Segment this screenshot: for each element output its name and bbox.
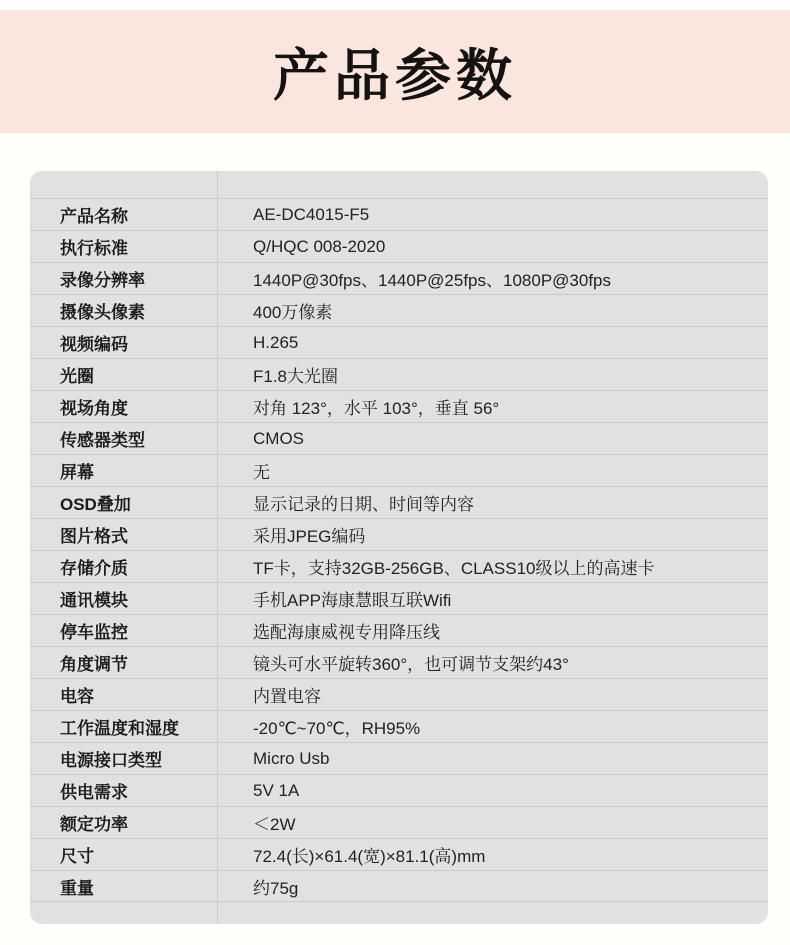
- spec-label: 存储介质: [30, 554, 217, 579]
- spec-value: 1440P@30fps、1440P@25fps、1080P@30fps: [217, 266, 768, 291]
- table-row: 传感器类型CMOS: [30, 422, 768, 454]
- spec-label: 电容: [30, 682, 217, 707]
- page: 产品参数 产品名称AE-DC4015-F5执行标准Q/HQC 008-2020录…: [0, 0, 790, 924]
- table-row: 录像分辨率1440P@30fps、1440P@25fps、1080P@30fps: [30, 262, 768, 294]
- table-row: 执行标准Q/HQC 008-2020: [30, 230, 768, 262]
- table-row: 通讯模块手机APP海康慧眼互联Wifi: [30, 582, 768, 614]
- spec-value: 400万像素: [217, 298, 768, 323]
- table-row: 摄像头像素400万像素: [30, 294, 768, 326]
- spec-value: 72.4(长)×61.4(宽)×81.1(高)mm: [217, 842, 768, 867]
- spec-label: 重量: [30, 874, 217, 899]
- spec-value: 手机APP海康慧眼互联Wifi: [217, 586, 768, 611]
- top-margin: [0, 0, 790, 10]
- spec-value: 对角 123°，水平 103°，垂直 56°: [217, 394, 768, 419]
- table-row: 电容内置电容: [30, 678, 768, 710]
- table-row: 视场角度对角 123°，水平 103°，垂直 56°: [30, 390, 768, 422]
- spec-value: CMOS: [217, 429, 768, 449]
- table-row: 重量约75g: [30, 870, 768, 902]
- spec-value: ＜2W: [217, 810, 768, 835]
- spec-label: 电源接口类型: [30, 746, 217, 771]
- table-row: OSD叠加显示记录的日期、时间等内容: [30, 486, 768, 518]
- spec-label: 产品名称: [30, 202, 217, 227]
- table-row: 停车监控选配海康威视专用降压线: [30, 614, 768, 646]
- spec-label: 屏幕: [30, 458, 217, 483]
- table-row: 图片格式采用JPEG编码: [30, 518, 768, 550]
- spec-label: 录像分辨率: [30, 266, 217, 291]
- spec-table-card: 产品名称AE-DC4015-F5执行标准Q/HQC 008-2020录像分辨率1…: [30, 171, 768, 924]
- spec-value: Q/HQC 008-2020: [217, 237, 768, 257]
- table-row: 产品名称AE-DC4015-F5: [30, 198, 768, 230]
- spec-label: 角度调节: [30, 650, 217, 675]
- spec-label: 视频编码: [30, 330, 217, 355]
- table-row: 存储介质TF卡，支持32GB-256GB、CLASS10级以上的高速卡: [30, 550, 768, 582]
- spec-value: 镜头可水平旋转360°，也可调节支架约43°: [217, 650, 768, 675]
- table-row: 尺寸72.4(长)×61.4(宽)×81.1(高)mm: [30, 838, 768, 870]
- spec-label: 图片格式: [30, 522, 217, 547]
- table-row: 供电需求5V 1A: [30, 774, 768, 806]
- spec-label: 传感器类型: [30, 426, 217, 451]
- spec-label: 摄像头像素: [30, 298, 217, 323]
- spec-label: 执行标准: [30, 234, 217, 259]
- spec-value: AE-DC4015-F5: [217, 205, 768, 225]
- table-row: 工作温度和湿度-20℃~70℃，RH95%: [30, 710, 768, 742]
- table-row: 屏幕无: [30, 454, 768, 486]
- spec-label: 视场角度: [30, 394, 217, 419]
- spec-value: -20℃~70℃，RH95%: [217, 714, 768, 739]
- spec-label: 供电需求: [30, 778, 217, 803]
- spec-label: OSD叠加: [30, 490, 217, 515]
- spec-value: 采用JPEG编码: [217, 522, 768, 547]
- spec-value: H.265: [217, 333, 768, 353]
- spec-value: Micro Usb: [217, 749, 768, 769]
- spec-label: 通讯模块: [30, 586, 217, 611]
- table-row: 光圈F1.8大光圈: [30, 358, 768, 390]
- page-header: 产品参数: [0, 10, 790, 133]
- spec-value: 5V 1A: [217, 781, 768, 801]
- spec-value: 内置电容: [217, 682, 768, 707]
- spec-value: 约75g: [217, 874, 768, 899]
- spec-value: F1.8大光圈: [217, 362, 768, 387]
- table-row: 视频编码H.265: [30, 326, 768, 358]
- spec-value: 无: [217, 458, 768, 483]
- spec-label: 尺寸: [30, 842, 217, 867]
- table-row: 额定功率＜2W: [30, 806, 768, 838]
- page-title: 产品参数: [273, 32, 517, 112]
- spec-table: 产品名称AE-DC4015-F5执行标准Q/HQC 008-2020录像分辨率1…: [30, 198, 768, 902]
- spec-value: 选配海康威视专用降压线: [217, 618, 768, 643]
- spec-label: 停车监控: [30, 618, 217, 643]
- table-row: 电源接口类型Micro Usb: [30, 742, 768, 774]
- spec-label: 工作温度和湿度: [30, 714, 217, 739]
- spec-label: 额定功率: [30, 810, 217, 835]
- spec-label: 光圈: [30, 362, 217, 387]
- table-row: 角度调节镜头可水平旋转360°，也可调节支架约43°: [30, 646, 768, 678]
- spec-value: 显示记录的日期、时间等内容: [217, 490, 768, 515]
- spec-value: TF卡，支持32GB-256GB、CLASS10级以上的高速卡: [217, 554, 768, 579]
